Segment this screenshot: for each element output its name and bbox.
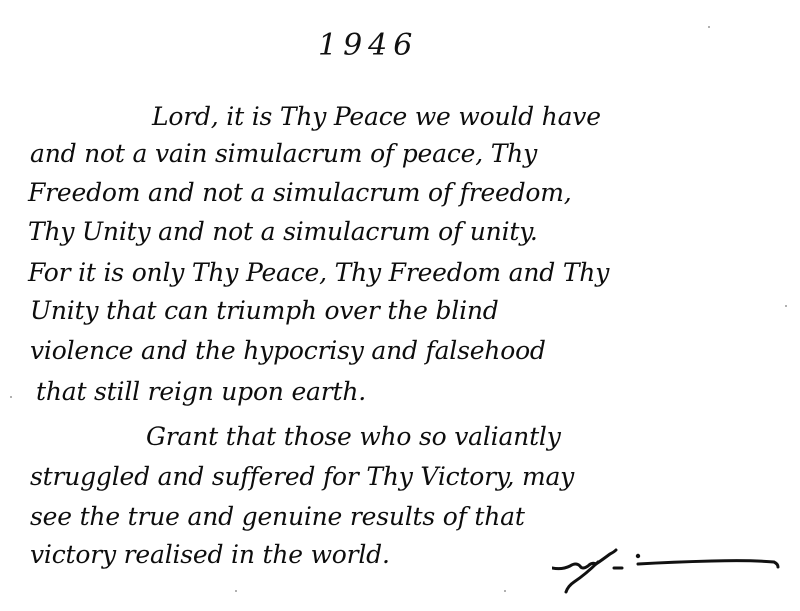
text-line: violence and the hypocrisy and falsehood	[30, 336, 546, 365]
text-line: and not a vain simulacrum of peace, Thy	[30, 139, 537, 168]
text-line: Freedom and not a simulacrum of freedom,	[28, 178, 572, 207]
text-line: For it is only Thy Peace, Thy Freedom an…	[28, 258, 609, 287]
text-line: Thy Unity and not a simulacrum of unity.	[28, 217, 538, 246]
text-line: victory realised in the world.	[30, 540, 390, 569]
paper-speck	[708, 26, 710, 28]
paper-speck	[504, 590, 506, 592]
paper-speck	[785, 305, 787, 307]
paper-speck	[10, 396, 12, 398]
text-line: Unity that can triumph over the blind	[30, 296, 499, 325]
text-line: that still reign upon earth.	[36, 377, 366, 406]
signature-mark	[552, 548, 792, 598]
handwritten-page: 1946 Lord, it is Thy Peace we would have…	[0, 0, 800, 611]
text-line: Lord, it is Thy Peace we would have	[152, 102, 601, 131]
text-line: Grant that those who so valiantly	[146, 422, 561, 451]
text-line: struggled and suffered for Thy Victory, …	[30, 462, 574, 491]
year-heading: 1946	[318, 28, 418, 63]
paper-speck	[235, 590, 237, 592]
text-line: see the true and genuine results of that	[30, 502, 525, 531]
